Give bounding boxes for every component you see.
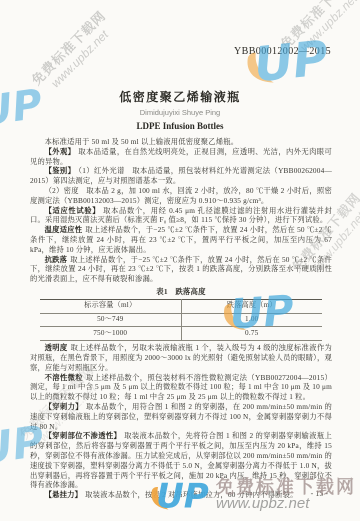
- body-paragraph: 温度适应性取上述样品数个，于−25 ℃±2 ℃条件下，放置 24 小时，然后在 …: [30, 225, 332, 254]
- watermark-site-url: www.upbz.net: [280, 0, 360, 73]
- paragraph-text: （1）红外光谱 取本品适量，照包装材料红外光谱测定法（YBB00262004—2…: [30, 166, 332, 185]
- paragraph-lead: 【适应性试验】: [45, 206, 101, 215]
- body-paragraph: 【穿刺部位不渗透性】取装液本品数个，先将符合图 1 和图 2 的穿刺器穿刺输液瓶…: [30, 431, 332, 490]
- watermark-site-name: 免费标准下载网: [19, 0, 119, 98]
- drop-height-table-block: 表1 跌落高度 标示容量（ml） 跌落高度（m） 50～749 1.00: [30, 287, 332, 341]
- paragraph-lead: 【鉴别】: [45, 166, 76, 175]
- table-body: 50～749 1.00 750～1000 0.75: [40, 313, 322, 341]
- paragraph-text: 本标准适用于 50 ml 及 50 ml 以上输液用低密度聚乙烯瓶。: [45, 137, 239, 146]
- paragraph-text: 取装液本品数个，按表 2 对吊环施加拉力，60 分钟内不得断裂。: [85, 490, 298, 499]
- table-row: 750～1000 0.75: [40, 327, 322, 341]
- body-paragraph: 本标准适用于 50 ml 及 50 ml 以上输液用低密度聚乙烯瓶。: [30, 137, 332, 147]
- body-paragraph: （2）密度 取本品 2 g，加 100 ml 水，回流 2 小时，放冷，80 ℃…: [30, 186, 332, 206]
- table-header-capacity: 标示容量（ml）: [40, 299, 181, 313]
- table-header-drop-height: 跌落高度（m）: [181, 299, 322, 313]
- watermark-text-top-right: 免费标准下载网 www.upbz.net: [268, 0, 360, 73]
- page-number: - 15 -: [311, 489, 328, 498]
- document-page: UP YBB00012002—2015 低密度聚乙烯输液瓶 Dimidujuyi…: [0, 0, 360, 521]
- body-paragraph: 不溶性微粒取上述样品数个，照包装材料不溶性微粒测定法（YBB00272004—2…: [30, 373, 332, 402]
- paragraph-group-1: 本标准适用于 50 ml 及 50 ml 以上输液用低密度聚乙烯瓶。 【外观】取…: [30, 137, 332, 284]
- paragraph-lead: 【悬挂力】: [45, 490, 82, 499]
- paragraph-lead: 【穿刺部位不渗透性】: [45, 431, 122, 440]
- paragraph-lead: 透明度: [45, 343, 68, 352]
- body-paragraph: 抗跌落取上述样品数个，于−25 ℃±2 ℃条件下，放置 24 小时，然后在 50…: [30, 255, 332, 284]
- page-title-pinyin: Dimidujuyixi Shuye Ping: [0, 108, 360, 117]
- cell-capacity: 50～749: [40, 313, 181, 327]
- table-caption: 表1 跌落高度: [30, 287, 332, 297]
- page-title-en: LDPE Infusion Bottles: [0, 121, 360, 131]
- paragraph-lead: 温度适应性: [45, 225, 83, 234]
- page-title-zh: 低密度聚乙烯输液瓶: [0, 88, 360, 105]
- body-text: 本标准适用于 50 ml 及 50 ml 以上输液用低密度聚乙烯瓶。 【外观】取…: [30, 137, 332, 500]
- body-paragraph: 【悬挂力】取装液本品数个，按表 2 对吊环施加拉力，60 分钟内不得断裂。: [30, 490, 332, 500]
- paragraph-lead: 抗跌落: [45, 255, 68, 264]
- body-paragraph: 透明度取上述样品数个，另取未装液输液瓶 1 个，装入级号为 4 级的浊度标准液作…: [30, 343, 332, 372]
- body-paragraph: 【鉴别】（1）红外光谱 取本品适量，照包装材料红外光谱测定法（YBB002620…: [30, 166, 332, 186]
- cell-drop-height: 0.75: [181, 327, 322, 341]
- body-paragraph: 【适应性试验】取本品数个，用经 0.45 μm 孔径滤膜过滤的注射用水进行灌装并…: [30, 206, 332, 226]
- paragraph-text: 取装液本品数个，先将符合图 1 和图 2 的穿刺器穿刺输液瓶上的穿刺部位，然后将…: [30, 431, 332, 489]
- body-paragraph: 【穿刺力】取本品数个，用符合图 1 和图 2 的穿刺器，在 200 mm/min…: [30, 402, 332, 431]
- paragraph-text: 取本品适量，在自然光线明亮处，正视目测，应透明、光洁，内外无肉眼可见的异物。: [30, 147, 332, 166]
- title-block: 低密度聚乙烯输液瓶 Dimidujuyixi Shuye Ping LDPE I…: [0, 88, 360, 131]
- doc-code: YBB00012002—2015: [234, 46, 331, 57]
- body-paragraph: 【外观】取本品适量，在自然光线明亮处，正视目测，应透明、光洁，内外无肉眼可见的异…: [30, 147, 332, 167]
- paragraph-text: 取上述样品数个，另取未装液输液瓶 1 个，装入级号为 4 级的浊度标准液作为对照…: [30, 343, 332, 372]
- drop-height-table: 标示容量（ml） 跌落高度（m） 50～749 1.00 750～1000: [40, 299, 322, 341]
- paragraph-lead: 【穿刺力】: [45, 402, 83, 411]
- paragraph-text: 取上述样品数个，于−25 ℃±2 ℃条件下，放置 24 小时，然后在 50 ℃±…: [30, 255, 332, 284]
- paragraph-group-2: 透明度取上述样品数个，另取未装液输液瓶 1 个，装入级号为 4 级的浊度标准液作…: [30, 343, 332, 500]
- up-logo-icon: [240, 26, 338, 94]
- paragraph-lead: 【外观】: [45, 147, 76, 156]
- paragraph-lead: 不溶性微粒: [45, 373, 83, 382]
- table-header-row: 标示容量（ml） 跌落高度（m）: [40, 299, 322, 313]
- cell-capacity: 750～1000: [40, 327, 181, 341]
- table-row: 50～749 1.00: [40, 313, 322, 327]
- paragraph-text: （2）密度 取本品 2 g，加 100 ml 水，回流 2 小时，放冷，80 ℃…: [30, 186, 332, 205]
- cell-drop-height: 1.00: [181, 313, 322, 327]
